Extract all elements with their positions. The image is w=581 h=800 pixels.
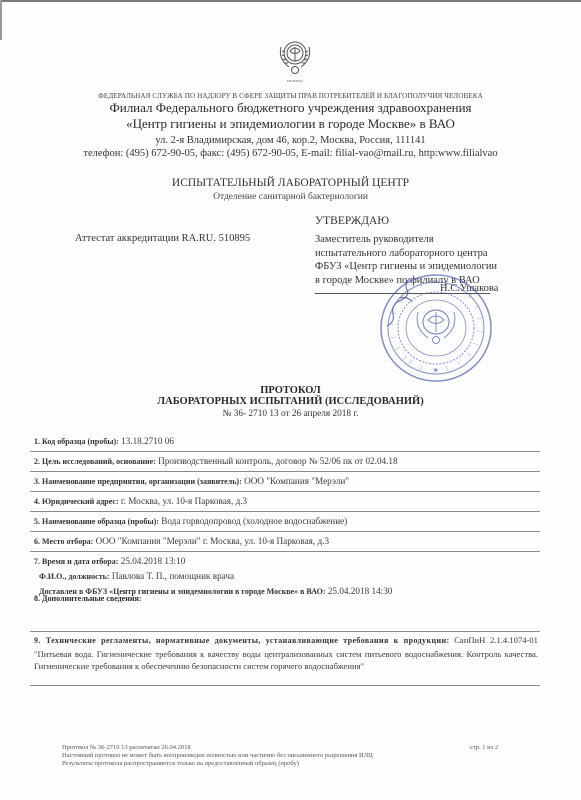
field-value: Производственный контроль, договор № 52/… [156,456,398,466]
organization-contacts: телефон: (495) 672-90-05, факс: (495) 67… [0,148,581,159]
field-value: Вода горводопровод (холодное водоснабжен… [159,516,347,526]
field-sampling-place: 6. Место отбора: ООО "Компания "Мерэли" … [30,532,540,552]
organization-name-line2: «Центр гигиены и эпидемиологии в городе … [0,116,581,132]
scan-left-edge [0,0,2,40]
field-label: 6. Место отбора: [34,537,93,546]
field-sampler: Ф.И.О., должность: Павлова Т. П., помощн… [34,569,540,584]
field-label: Ф.И.О., должность: [39,572,110,581]
field-label: 4. Юридический адрес: [34,497,119,506]
approver-line: испытательного лабораторного центра [315,247,555,261]
footer-notes: Протокол № 36-2710 13 распечатан 26.04.2… [62,744,373,768]
field-research-purpose: 2. Цель исследований, основание: Произво… [30,452,540,472]
approver-line: Заместитель руководителя [315,233,555,247]
field-label: 1. Код образца (пробы): [34,437,119,446]
field-regulations: 9. Технические регламенты, нормативные д… [34,634,538,673]
footer-printed: Протокол № 36-2710 13 распечатан 26.04.2… [62,744,373,752]
protocol-fields: 1. Код образца (пробы): 13.18.2710 06 2.… [30,432,540,599]
field-label: 9. Технические регламенты, нормативные д… [34,636,450,645]
field-value: 25.04.2018 14:30 [326,586,393,596]
field-sample-name: 5. Наименование образца (пробы): Вода го… [30,512,540,532]
field-value: 13.18.2710 06 [119,436,174,446]
field-label: 3. Наименование предприятия, организации… [34,477,242,486]
handwritten-signature-icon [380,276,426,328]
field-label: 5. Наименование образца (пробы): [34,517,159,526]
field-value: ООО "Компания "Мерэли" г. Москва, ул. 10… [93,536,329,546]
protocol-subtitle: ЛАБОРАТОРНЫХ ИСПЫТАНИЙ (ИССЛЕДОВАНИЙ) [0,396,581,407]
footer-notice: Настоящий протокол не может быть воспрои… [62,752,373,760]
field-label: 7. Время и дата отбора: [34,557,118,566]
organization-name-line1: Филиал Федерального бюджетного учреждени… [0,100,581,116]
field-applicant: 3. Наименование предприятия, организации… [30,472,540,492]
organization-address: ул. 2-я Владимирская, дом 46, кор.2, Мос… [0,135,581,146]
medical-emblem-icon: MCMXXV [270,35,320,85]
lab-center-title: ИСПЫТАТЕЛЬНЫЙ ЛАБОРАТОРНЫЙ ЦЕНТР [0,177,581,189]
divider [30,631,540,632]
page-number: стр. 1 из 2 [470,744,498,751]
field-value: г. Москва, ул. 10-я Парковая, д.3 [119,496,248,506]
field-sample-code: 1. Код образца (пробы): 13.18.2710 06 [30,432,540,452]
agency-name: ФЕДЕРАЛЬНАЯ СЛУЖБА ПО НАДЗОРУ В СФЕРЕ ЗА… [0,92,581,100]
svg-text:MCMXXV: MCMXXV [287,79,304,83]
field-value: ООО "Компания "Мерэли" [242,476,349,486]
department-name: Отделение санитарной бактериологии [0,192,581,202]
field-label: 2. Цель исследований, основание: [34,457,156,466]
protocol-number: № 36- 2710 13 от 26 апреля 2018 г. [0,409,581,419]
approval-title: УТВЕРЖДАЮ [315,215,389,227]
divider [30,685,540,686]
field-value: 25.04.2018 13:10 [118,556,185,566]
field-additional-info: 8. Дополнительные сведения: [34,594,141,603]
protocol-title: ПРОТОКОЛ [0,385,581,396]
scan-top-edge [0,0,581,2]
field-legal-address: 4. Юридический адрес: г. Москва, ул. 10-… [30,492,540,512]
accreditation-certificate: Аттестат аккредитации RA.RU. 510895 [75,233,250,244]
field-sampling-time: 7. Время и дата отбора: 25.04.2018 13:10… [30,552,540,599]
field-value: Павлова Т. П., помощник врача [110,571,235,581]
footer-notice: Результаты протокола распространяются то… [62,760,373,768]
